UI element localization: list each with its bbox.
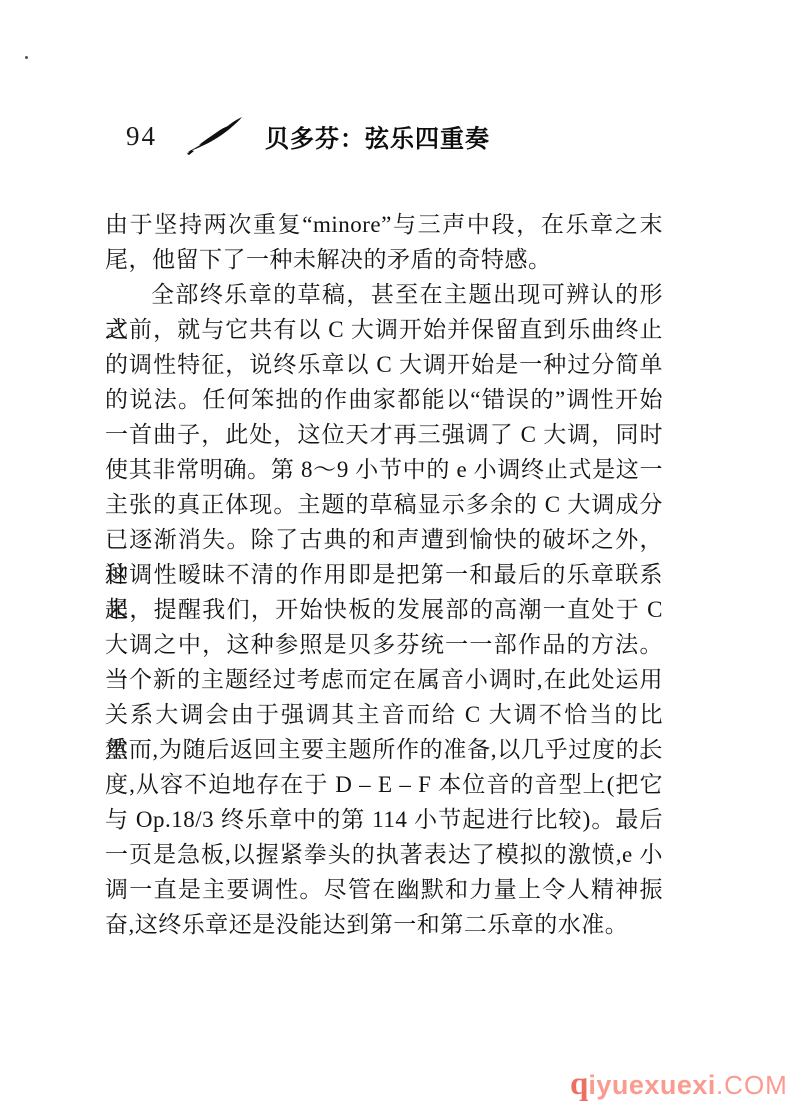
site-watermark: qiyuexuexi.COM [570, 1066, 788, 1102]
text-line: 种调性暧昧不清的作用即是把第一和最后的乐章联系起 [105, 557, 663, 592]
text-line: 全部终乐章的草稿，甚至在主题出现可辨认的形式 [105, 277, 663, 312]
text-line: 关系大调会由于强调其主音而给 C 大调不恰当的比重。 [105, 697, 663, 732]
text-line: 度,从容不迫地存在于 D – E – F 本位音的音型上(把它 [105, 767, 663, 802]
text-line: 一首曲子，此处，这位天才再三强调了 C 大调，同时 [105, 417, 663, 452]
book-page: 94 贝多芬：弦乐四重奏 由于坚持两次重复“minore”与三声中段，在乐章之末… [0, 0, 794, 1120]
text-line: 来，提醒我们，开始快板的发展部的高潮一直处于 C [105, 592, 663, 627]
text-line: 调一直是主要调性。尽管在幽默和力量上令人精神振 [105, 872, 663, 907]
text-line: 的说法。任何笨拙的作曲家都能以“错误的”调性开始 [105, 382, 663, 417]
text-line: 奋,这终乐章还是没能达到第一和第二乐章的水准。 [105, 907, 663, 942]
text-line: 的调性特征，说终乐章以 C 大调开始是一种过分简单 [105, 347, 663, 382]
quill-icon [185, 117, 243, 155]
text-line: 与 Op.18/3 终乐章中的第 114 小节起进行比较)。最后 [105, 802, 663, 837]
text-line: 大调之中，这种参照是贝多芬统一一部作品的方法。当 [105, 627, 663, 662]
text-line: 一个新的主题经过考虑而定在属音小调时,在此处运用 [105, 662, 663, 697]
body-text: 由于坚持两次重复“minore”与三声中段，在乐章之末尾，他留下了一种未解决的矛… [105, 207, 663, 942]
text-line: 已逐渐消失。除了古典的和声遭到愉快的破坏之外，这 [105, 522, 663, 557]
text-line: 之前，就与它共有以 C 大调开始并保留直到乐曲终止 [105, 312, 663, 347]
scan-speck [25, 56, 28, 59]
text-line: 尾，他留下了一种未解决的矛盾的奇特感。 [105, 242, 663, 277]
text-line: 主张的真正体现。主题的草稿显示多余的 C 大调成分 [105, 487, 663, 522]
text-line: 一页是急板,以握紧拳头的执著表达了模拟的激愤,e 小 [105, 837, 663, 872]
text-line: 由于坚持两次重复“minore”与三声中段，在乐章之末 [105, 207, 663, 242]
page-header: 94 贝多芬：弦乐四重奏 [126, 118, 490, 154]
watermark-initial: q [570, 1066, 588, 1102]
watermark-name: iyuexuexi [588, 1070, 716, 1101]
text-line: 使其非常明确。第 8～9 小节中的 e 小调终止式是这一 [105, 452, 663, 487]
watermark-suffix: .COM [716, 1070, 788, 1101]
page-number: 94 [126, 121, 157, 152]
text-line: 然而,为随后返回主要主题所作的准备,以几乎过度的长 [105, 732, 663, 767]
book-title: 贝多芬：弦乐四重奏 [265, 118, 490, 154]
